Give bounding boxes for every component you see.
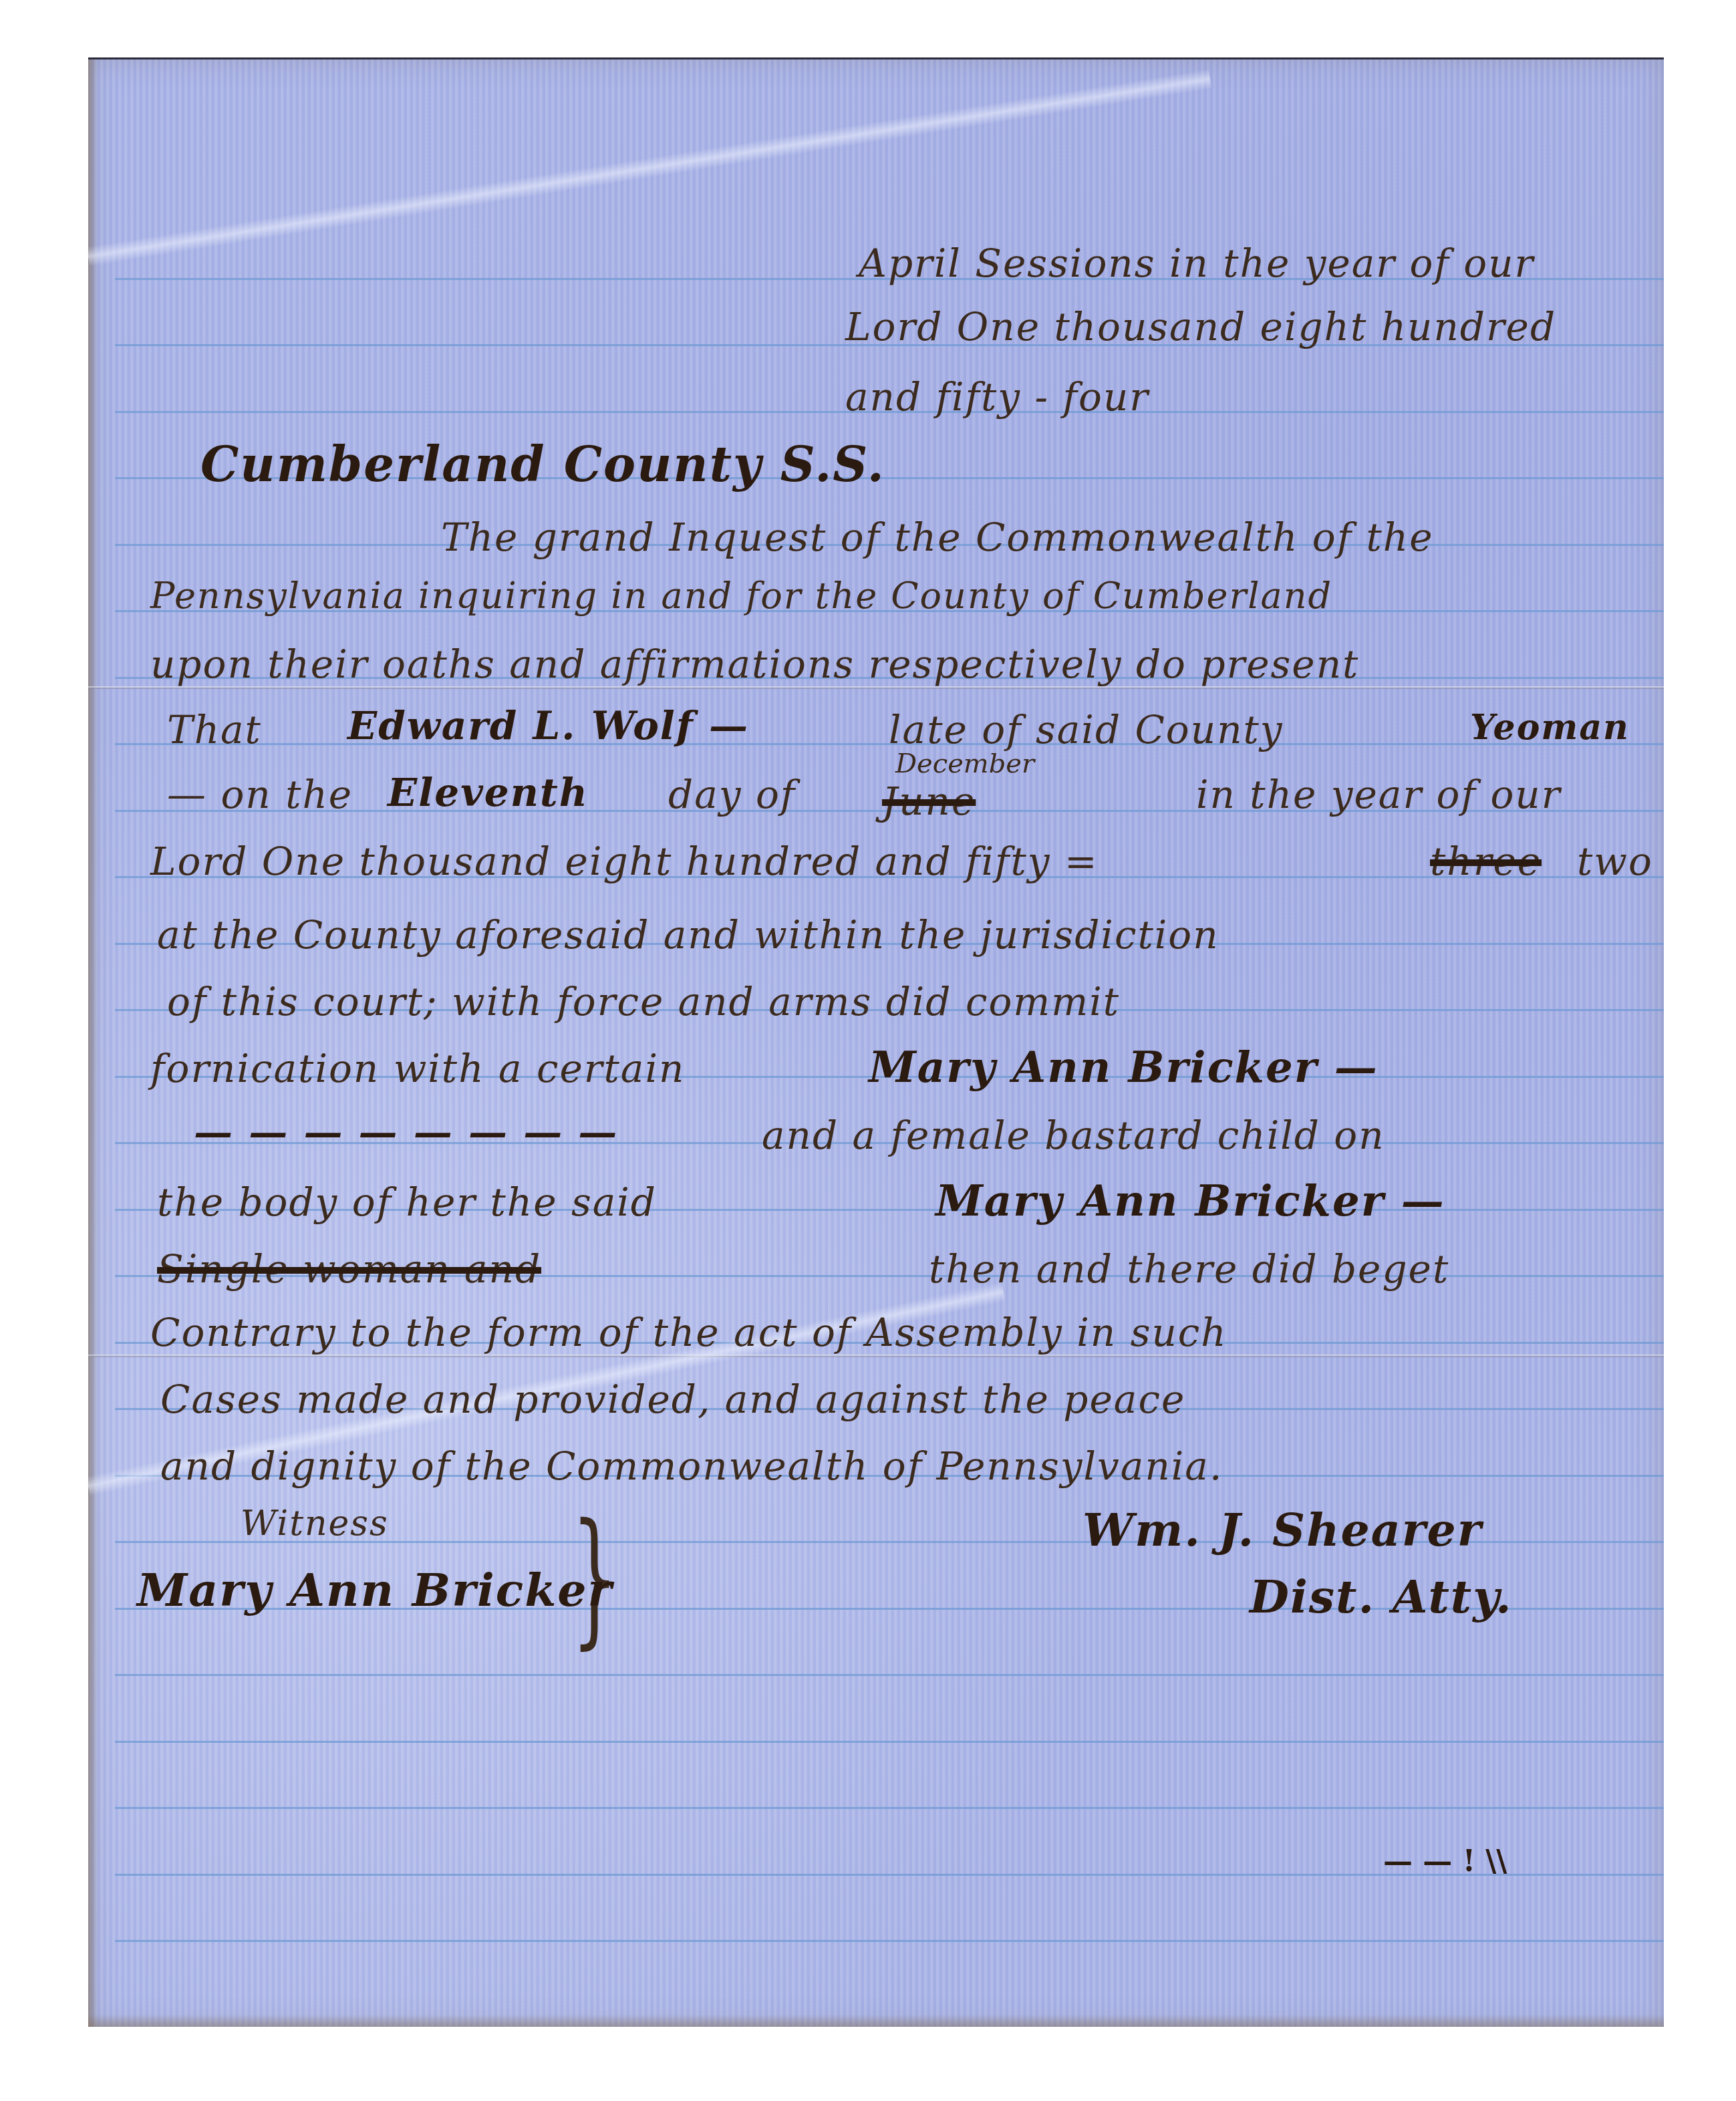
body-line-6: Lord One thousand eight hundred and fift… [150, 839, 1099, 884]
struck-year: three [1430, 839, 1542, 884]
ruled-line [115, 1807, 1664, 1809]
body-line-14: Cases made and provided, and against the… [160, 1377, 1185, 1422]
filler-dashes: — — — — — — — — [194, 1109, 618, 1155]
header-line-3: and fifty - four [845, 374, 1149, 420]
body-line-13: Contrary to the form of the act of Assem… [150, 1310, 1227, 1355]
body-line-9-prefix: fornication with a certain [150, 1046, 685, 1091]
attorney-title: Dist. Atty. [1250, 1570, 1513, 1624]
body-line-11-prefix: the body of her the said [157, 1179, 657, 1225]
body-line-4-prefix: That [167, 707, 262, 752]
witness-name-inline: Mary Ann Bricker — [869, 1042, 1379, 1093]
header-line-1: April Sessions in the year of our [859, 241, 1534, 286]
witness-signature: Mary Ann Bricker [137, 1564, 613, 1617]
header-line-2: Lord One thousand eight hundred [845, 304, 1556, 349]
witness-label: Witness [241, 1504, 389, 1544]
body-line-7: at the County aforesaid and within the j… [157, 912, 1219, 958]
year-correction: two [1577, 839, 1653, 884]
body-line-5-mid: day of [668, 772, 796, 817]
mother-name: Mary Ann Bricker — [935, 1176, 1445, 1226]
body-line-15: and dignity of the Commonwealth of Penns… [160, 1443, 1223, 1489]
month-correction: December [895, 748, 1034, 779]
body-line-10: and a female bastard child on [762, 1113, 1385, 1158]
body-line-3: upon their oaths and affirmations respec… [150, 642, 1359, 687]
defendant-occupation: Yeoman [1470, 707, 1630, 748]
body-line-4-suffix: late of said County [889, 707, 1284, 752]
body-line-12: then and there did beget [929, 1246, 1449, 1292]
body-line-5-suffix: in the year of our [1196, 772, 1561, 817]
ink-marks: — — ! \\ [1383, 1844, 1507, 1878]
ruled-line [115, 1741, 1664, 1743]
defendant-name: Edward L. Wolf — [347, 703, 749, 748]
body-line-8: of this court; with force and arms did c… [167, 979, 1120, 1024]
ruled-line [115, 1940, 1664, 1942]
attorney-signature: Wm. J. Shearer [1082, 1504, 1483, 1557]
body-line-5-prefix: — on the [167, 772, 353, 817]
body-line-1: The grand Inquest of the Commonwealth of… [441, 515, 1434, 560]
body-line-2: Pennsylvania inquiring in and for the Co… [150, 575, 1332, 617]
struck-month: June [882, 779, 976, 824]
ruled-line [115, 1674, 1664, 1676]
paper-crease [87, 69, 1212, 267]
offense-day: Eleventh [388, 770, 589, 815]
venue-heading: Cumberland County S.S. [200, 436, 885, 493]
struck-phrase: Single woman and [157, 1246, 541, 1292]
